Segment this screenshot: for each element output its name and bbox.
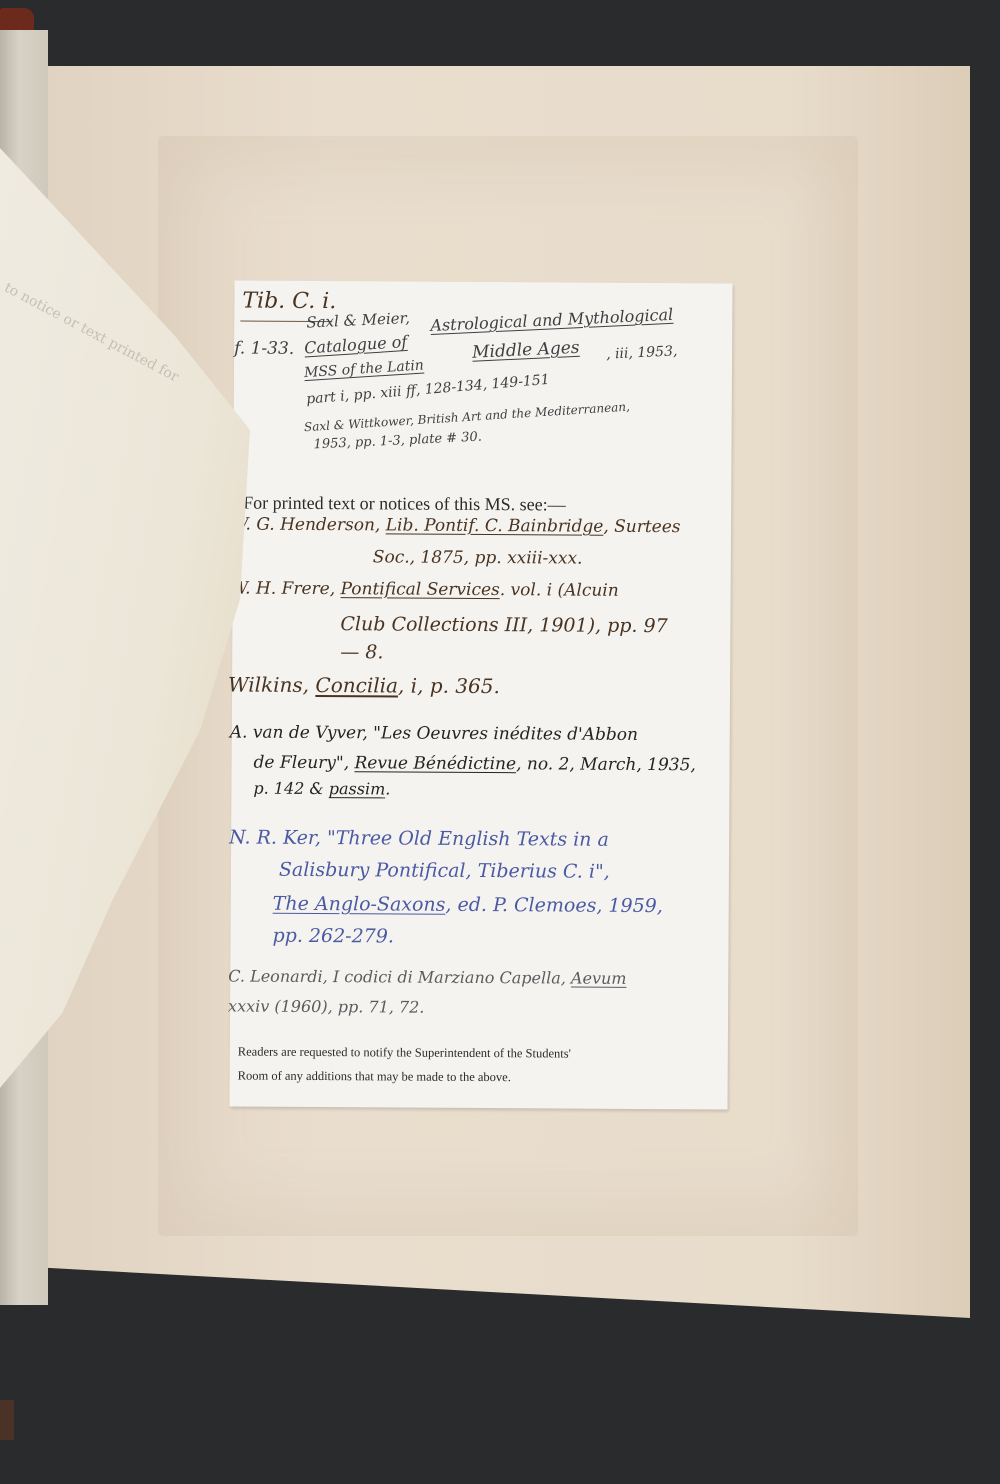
shelfmark: Tib. C. i. <box>242 289 336 315</box>
book-spine-bottom <box>0 1400 14 1440</box>
pencil-note-title-1: Astrological and Mythological <box>430 305 674 335</box>
ref-frere-line3: — 8. <box>340 641 383 663</box>
pencil-note-saxl-wittkower: Saxl & Wittkower, British Art and the Me… <box>304 400 631 435</box>
pencil-note-authors: Saxl & Meier, <box>306 309 410 332</box>
pencil-note-title-2: Middle Ages <box>472 338 580 363</box>
ref-henderson-line1: W. G. Henderson, Lib. Pontif. C. Bainbri… <box>231 514 681 537</box>
ref-wilkins-title: Concilia <box>315 673 398 698</box>
pencil-note-catalogue: Catalogue of <box>304 332 408 358</box>
pencil-note-plate: 1953, pp. 1-3, plate # 30. <box>313 430 482 453</box>
ref-henderson-line2: Soc., 1875, pp. xxiii-xxx. <box>373 547 583 568</box>
ref-ker-line3: The Anglo-Saxons, ed. P. Clemoes, 1959, <box>273 893 663 917</box>
ref-leonardi-journal: Aevum <box>571 969 627 988</box>
ref-ker-book: The Anglo-Saxons <box>273 893 446 916</box>
footer-notice-line1: Readers are requested to notify the Supe… <box>238 1045 571 1062</box>
folio-reference: f. 1-33. <box>234 338 294 358</box>
ref-wilkins: Wilkins, Concilia, i, p. 365. <box>228 672 500 698</box>
ref-vyver-journal: Revue Bénédictine <box>354 753 516 774</box>
ref-vyver-line1: A. van de Vyver, "Les Oeuvres inédites d… <box>230 722 638 744</box>
ref-frere-title: Pontifical Services <box>341 579 500 600</box>
printed-heading: For printed text or notices of this MS. … <box>243 493 566 516</box>
ref-henderson-title: Lib. Pontif. C. Bainbridge <box>386 515 604 536</box>
ref-vyver-line3: p. 142 & passim. <box>253 779 390 799</box>
ref-leonardi-line1: C. Leonardi, I codici di Marziano Capell… <box>228 966 626 987</box>
pencil-note-volume: , iii, 1953, <box>606 343 678 362</box>
footer-notice-line2: Room of any additions that may be made t… <box>238 1069 511 1086</box>
ref-ker-line1: N. R. Ker, "Three Old English Texts in a <box>229 826 609 850</box>
ref-frere-line1: W. H. Frere, Pontifical Services. vol. i… <box>231 578 619 600</box>
ref-frere-line2: Club Collections III, 1901), pp. 97 <box>340 613 667 637</box>
ref-vyver-line2: de Fleury", Revue Bénédictine, no. 2, Ma… <box>254 753 696 776</box>
ref-ker-line2: Salisbury Pontifical, Tiberius C. i", <box>279 859 610 883</box>
pencil-note-title-3: MSS of the Latin <box>304 357 425 381</box>
ref-leonardi-line2: xxxiv (1960), pp. 71, 72. <box>228 996 424 1016</box>
reference-card: Tib. C. i. f. 1-33. Saxl & Meier, Astrol… <box>229 280 732 1109</box>
ref-ker-line4: pp. 262-279. <box>272 925 394 948</box>
